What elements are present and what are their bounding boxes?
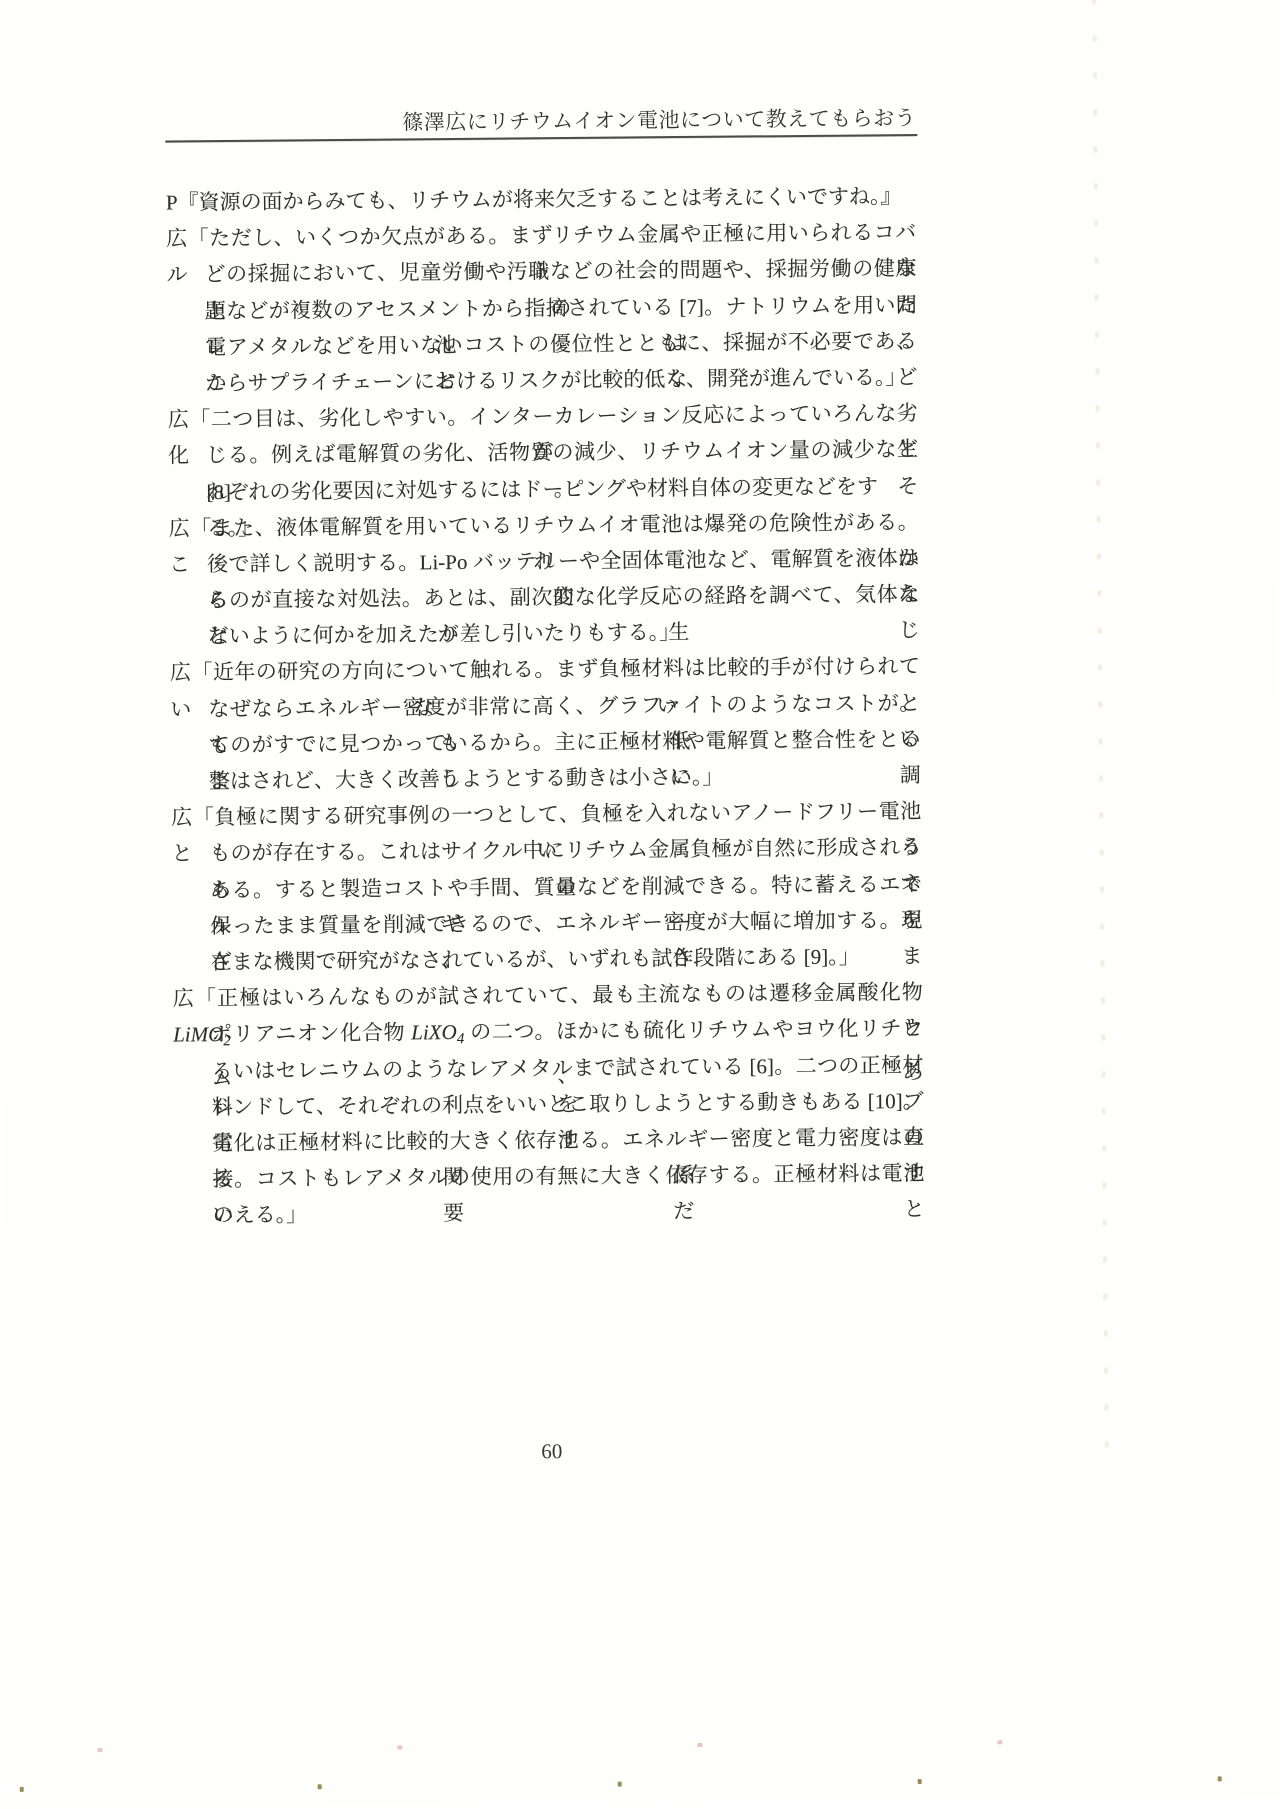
text-line: る。コストもレアメタルの使用の有無に大きく依存する。正極材料は電池の要だと — [212, 1155, 924, 1197]
scan-noise — [20, 1787, 24, 1792]
text-line: なぜならエネルギー密度が非常に高く、グラファイトのようなコストがとても低い — [208, 685, 920, 727]
page-body: P『資源の面からみても、リチウムが将来欠乏することは考えにくいですね。』広「ただ… — [166, 178, 925, 1234]
text-line: ポリアニオン化合物 LiXO4 の二つ。ほかにも硫化リチウムやヨウ化リチウム、あ — [211, 1010, 923, 1052]
text-line: レンドして、それぞれの利点をいいとこ取りしようとする動きもある [10]。電池の — [212, 1083, 924, 1125]
text-line: どの採掘において、児童労働や汚職などの社会的問題や、採掘労働の健康上の問 — [204, 250, 916, 292]
text-line: 後で詳しく説明する。Li-Po バッテリーや全固体電池など、電解質を液体から変え — [207, 540, 919, 582]
document-page: 篠澤広にリチウムイオン電池について教えてもらおう P『資源の面からみても、リチウ… — [0, 0, 1280, 1809]
text-line: るのが直接な対処法。あとは、副次的な化学反応の経路を調べて、気体などが生じ — [207, 576, 919, 618]
scan-noise — [1218, 1776, 1222, 1781]
page-number: 60 — [177, 1436, 927, 1468]
text-line: 劣化は正極材料に比較的大きく依存する。エネルギー密度と電力密度は直接関係す — [212, 1119, 924, 1161]
text-line: ある。すると製造コストや手間、質量などを削減できる。特に蓄えるエネルギーを — [210, 866, 922, 908]
text-line: じる。例えば電解質の劣化、活物質の減少、リチウムイオン量の減少など [8]。そ — [206, 431, 918, 473]
text-line: れぞれの劣化要因に対処するにはドーピングや材料自体の変更などをする。」 — [206, 467, 918, 509]
scan-noise — [318, 1784, 322, 1789]
text-line: レアメタルなどを用いないコストの優位性とともに、採掘が不必要であることなど — [205, 323, 917, 365]
scan-noise — [1092, 0, 1109, 1478]
scan-noise — [618, 1782, 622, 1787]
scan-noise — [97, 1748, 102, 1752]
text-line: 保ったまま質量を削減できるので、エネルギー密度が大幅に増加する。現在、さま — [210, 902, 922, 944]
text-line: ものがすでに見つかっているから。主に正極材料や電解質と整合性をとるように調 — [208, 721, 920, 763]
text-line: るいはセレニウムのようなレアメタルまで試されている [6]。二つの正極材料をブ — [211, 1046, 923, 1088]
text-line: ものが存在する。これはサイクル中にリチウム金属負極が自然に形成されるもので — [209, 829, 921, 871]
text-line: 題などが複数のアセスメントから指摘されている [7]。ナトリウムを用いた電池は、 — [205, 287, 917, 329]
running-header: 篠澤広にリチウムイオン電池について教えてもらおう — [165, 102, 916, 139]
scan-noise — [397, 1746, 402, 1750]
scan-noise — [918, 1779, 922, 1784]
scan-noise — [997, 1740, 1002, 1744]
scan-noise — [697, 1743, 702, 1747]
text-line: からサプライチェーンにおけるリスクが比較的低く、開発が進んでいる。」 — [205, 359, 917, 401]
text-line: 広「近年の研究の方向について触れる。まず負極材料は比較的手が付けられていない。 — [170, 648, 920, 691]
text-line: ざまな機関で研究がなされているが、いずれも試作段階にある [9]。」 — [210, 938, 922, 980]
